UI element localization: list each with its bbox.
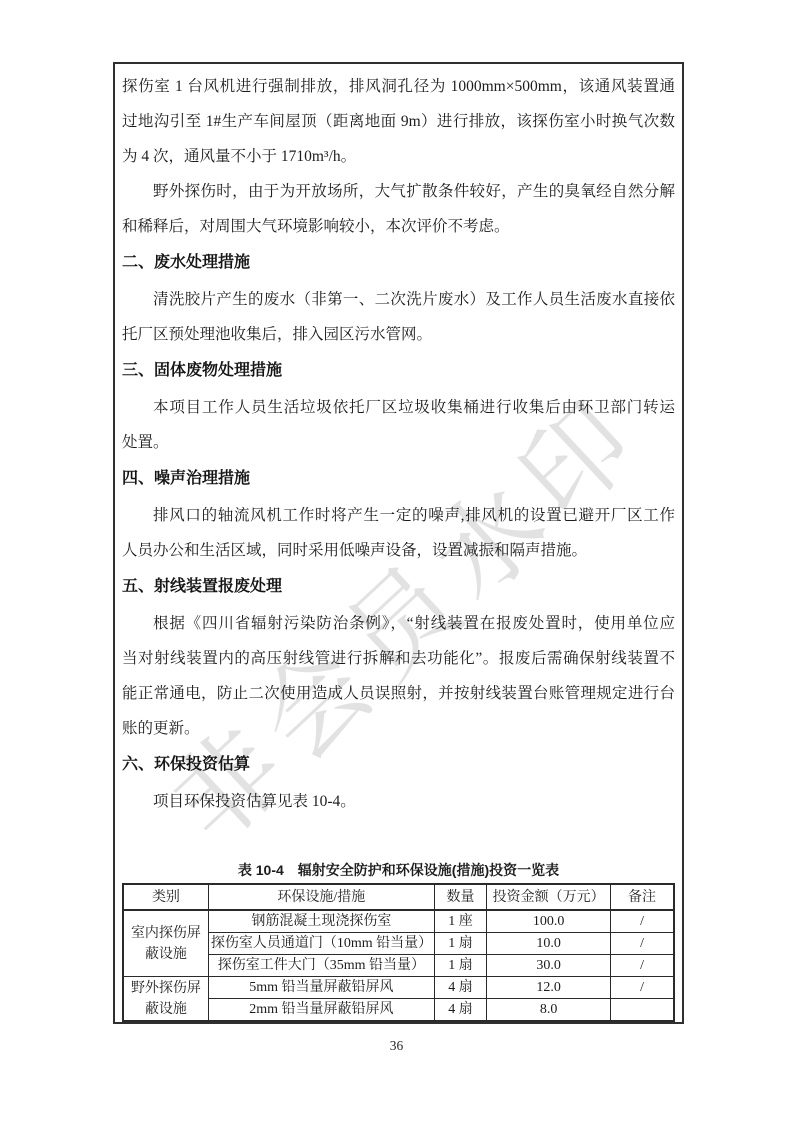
quantity-cell: 4 扇: [434, 999, 486, 1022]
para-solid-waste: 本项目工作人员生活垃圾依托厂区垃圾收集桶进行收集后由环卫部门转运 处置。: [122, 390, 675, 460]
facility-cell: 2mm 铅当量屏蔽铅屏风: [208, 999, 434, 1022]
text-line: 清洗胶片产生的废水（非第一、二次洗片废水）及工作人员生活废水直接依: [122, 282, 675, 317]
para-investment: 项目环保投资估算见表 10-4。: [122, 784, 675, 819]
document-page: { "watermark": { "text": "非会员水印", "color…: [0, 0, 793, 1122]
text-line: 托厂区预处理池收集后，排入园区污水管网。: [122, 317, 675, 352]
text-line: 项目环保投资估算见表 10-4。: [122, 784, 675, 819]
remark-cell: /: [611, 933, 674, 955]
quantity-cell: 4 扇: [434, 977, 486, 999]
table-header-row: 类别 环保设施/措施 数量 投资金额（万元） 备注: [123, 884, 674, 910]
text-line: 人员办公和生活区域，同时采用低噪声设备，设置减振和隔声措施。: [122, 533, 675, 568]
text-line: 本项目工作人员生活垃圾依托厂区垃圾收集桶进行收集后由环卫部门转运: [122, 390, 675, 425]
remark-cell: /: [611, 977, 674, 999]
heading-solid-waste: 三、固体废物处理措施: [122, 361, 675, 381]
heading-investment: 六、环保投资估算: [122, 755, 675, 775]
column-header-quantity: 数量: [434, 884, 486, 910]
text-line: 排风口的轴流风机工作时将产生一定的噪声,排风机的设置已避开厂区工作: [122, 498, 675, 533]
category-cell-outdoor: 野外探伤屏蔽设施: [123, 977, 208, 1022]
facility-cell: 钢筋混凝土现浇探伤室: [208, 910, 434, 933]
text-line: 根据《四川省辐射污染防治条例》，“射线装置在报废处置时，使用单位应: [122, 606, 675, 641]
table-row: 野外探伤屏蔽设施 5mm 铅当量屏蔽铅屏风 4 扇 12.0 /: [123, 977, 674, 999]
investment-table: 类别 环保设施/措施 数量 投资金额（万元） 备注 室内探伤屏蔽设施 钢筋混凝土…: [122, 883, 675, 1022]
text-line: 为 4 次，通风量不小于 1710m³/h。: [122, 139, 675, 174]
text-line: 能正常通电，防止二次使用造成人员误照射，并按射线装置台账管理规定进行台: [122, 676, 675, 711]
para-decommission: 根据《四川省辐射污染防治条例》，“射线装置在报废处置时，使用单位应 当对射线装置…: [122, 606, 675, 746]
category-cell-indoor: 室内探伤屏蔽设施: [123, 910, 208, 977]
column-header-amount: 投资金额（万元）: [487, 884, 611, 910]
table-caption: 表 10-4 辐射安全防护和环保设施(措施)投资一览表: [122, 858, 675, 882]
table-row: 室内探伤屏蔽设施 钢筋混凝土现浇探伤室 1 座 100.0 /: [123, 910, 674, 933]
amount-cell: 12.0: [487, 977, 611, 999]
text-line: 账的更新。: [122, 711, 675, 746]
column-header-category: 类别: [123, 884, 208, 910]
text-line: 野外探伤时，由于为开放场所，大气扩散条件较好，产生的臭氧经自然分解: [122, 174, 675, 209]
heading-decommission: 五、射线装置报废处理: [122, 577, 675, 597]
text-line: 探伤室 1 台风机进行强制排放，排风洞孔径为 1000mm×500mm，该通风装…: [122, 69, 675, 104]
amount-cell: 30.0: [487, 955, 611, 977]
investment-table-block: 表 10-4 辐射安全防护和环保设施(措施)投资一览表 类别 环保设施/措施 数…: [122, 858, 675, 1022]
remark-cell: /: [611, 955, 674, 977]
facility-cell: 5mm 铅当量屏蔽铅屏风: [208, 977, 434, 999]
page-number: 36: [0, 1038, 793, 1054]
text-line: 当对射线装置内的高压射线管进行拆解和去功能化”。报废后需确保射线装置不: [122, 641, 675, 676]
heading-wastewater: 二、废水处理措施: [122, 253, 675, 273]
quantity-cell: 1 扇: [434, 955, 486, 977]
para-outdoor-testing: 野外探伤时，由于为开放场所，大气扩散条件较好，产生的臭氧经自然分解 和稀释后，对…: [122, 174, 675, 244]
para-ventilation-continued: 探伤室 1 台风机进行强制排放，排风洞孔径为 1000mm×500mm，该通风装…: [122, 69, 675, 174]
para-wastewater: 清洗胶片产生的废水（非第一、二次洗片废水）及工作人员生活废水直接依 托厂区预处理…: [122, 282, 675, 352]
amount-cell: 10.0: [487, 933, 611, 955]
amount-cell: 8.0: [487, 999, 611, 1022]
facility-cell: 探伤室工件大门（35mm 铅当量）: [208, 955, 434, 977]
column-header-remark: 备注: [611, 884, 674, 910]
quantity-cell: 1 扇: [434, 933, 486, 955]
remark-cell: /: [611, 910, 674, 933]
remark-cell: [611, 999, 674, 1022]
quantity-cell: 1 座: [434, 910, 486, 933]
facility-cell: 探伤室人员通道门（10mm 铅当量）: [208, 933, 434, 955]
para-noise: 排风口的轴流风机工作时将产生一定的噪声,排风机的设置已避开厂区工作 人员办公和生…: [122, 498, 675, 568]
amount-cell: 100.0: [487, 910, 611, 933]
text-line: 过地沟引至 1#生产车间屋顶（距离地面 9m）进行排放，该探伤室小时换气次数: [122, 104, 675, 139]
column-header-facility: 环保设施/措施: [208, 884, 434, 910]
text-line: 处置。: [122, 425, 675, 460]
text-line: 和稀释后，对周围大气环境影响较小，本次评价不考虑。: [122, 209, 675, 244]
heading-noise: 四、噪声治理措施: [122, 469, 675, 489]
content-frame: 探伤室 1 台风机进行强制排放，排风洞孔径为 1000mm×500mm，该通风装…: [113, 62, 684, 1024]
